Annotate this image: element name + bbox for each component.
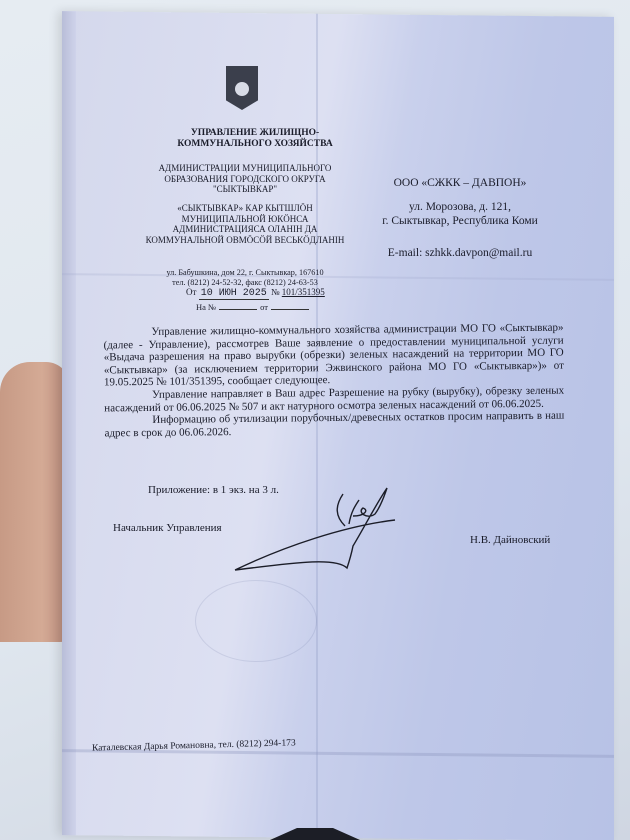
addressee-email: E-mail: szhkk.davpon@mail.ru (350, 246, 570, 260)
letter-content: УПРАВЛЕНИЕ ЖИЛИЩНО-КОММУНАЛЬНОГО ХОЗЯЙСТ… (0, 0, 630, 840)
ref-date-blank (271, 309, 309, 310)
signatory-role: Начальник Управления (113, 522, 222, 534)
ref-from: от (260, 302, 268, 312)
addressee-city: г. Сыктывкар, Республика Коми (350, 214, 570, 228)
signatory-name: Н.В. Дайновский (470, 534, 550, 546)
registration-line: От 10 ИЮН 2025 № 101/351395 (186, 287, 325, 299)
signature-icon (225, 486, 405, 576)
coat-of-arms-icon (226, 66, 258, 110)
reg-date-stamp: 10 ИЮН 2025 (199, 288, 269, 300)
faded-stamp (195, 580, 317, 662)
reference-line: На №от (196, 302, 312, 312)
addressee-org: ООО «СЖКК – ДАВПОН» (350, 176, 570, 190)
sender-administration: АДМИНИСТРАЦИИ МУНИЦИПАЛЬНОГО ОБРАЗОВАНИЯ… (140, 163, 350, 195)
sender-komi-name: «СЫКТЫВКАР» КАР КЫТШЛÖН МУНИЦИПАЛЬНОЙ ЮК… (145, 203, 345, 245)
sender-address: ул. Бабушкина, дом 22, г. Сыктывкар, 167… (140, 268, 350, 278)
ref-label: На № (196, 302, 216, 312)
letter-body: Управление жилищно-коммунального хозяйст… (103, 322, 564, 440)
body-paragraph-3: Информацию об утилизации порубочных/древ… (104, 410, 564, 440)
executor-contact: Каталевская Дарья Романовна, тел. (8212)… (92, 738, 296, 753)
sender-title: УПРАВЛЕНИЕ ЖИЛИЩНО-КОММУНАЛЬНОГО ХОЗЯЙСТ… (170, 128, 340, 150)
reg-prefix: От (186, 287, 196, 297)
ref-blank (219, 309, 257, 310)
addressee-street: ул. Морозова, д. 121, (350, 200, 570, 214)
addressee-block: ООО «СЖКК – ДАВПОН» ул. Морозова, д. 121… (350, 176, 570, 260)
sender-contacts: ул. Бабушкина, дом 22, г. Сыктывкар, 167… (140, 268, 350, 288)
reg-num-label: № (271, 287, 280, 297)
reg-number: 101/351395 (282, 287, 325, 297)
body-paragraph-1: Управление жилищно-коммунального хозяйст… (103, 322, 564, 390)
